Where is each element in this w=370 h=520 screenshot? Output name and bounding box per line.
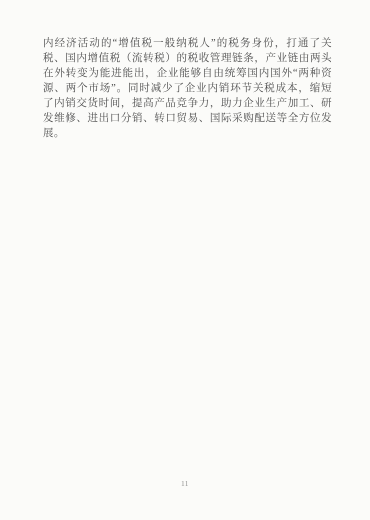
paragraph-line: 了内销交货时间，提高产品竞争力，助力企业生产加工、研: [43, 96, 332, 111]
body-paragraph: 内经济活动的“增值税一般纳税人”的税务身份，打通了关 税、国内增值税（流转税）的…: [43, 36, 332, 141]
paragraph-line: 在外转变为能进能出，企业能够自由统筹国内国外“两种资: [43, 66, 332, 81]
paragraph-line: 发维修、进出口分销、转口贸易、国际采购配送等全方位发: [43, 111, 332, 126]
paragraph-line: 源、两个市场”。同时减少了企业内销环节关税成本，缩短: [43, 81, 332, 96]
page-number: 11: [0, 480, 370, 489]
document-page: 内经济活动的“增值税一般纳税人”的税务身份，打通了关 税、国内增值税（流转税）的…: [0, 0, 370, 520]
paragraph-line: 税、国内增值税（流转税）的税收管理链条，产业链由两头: [43, 51, 332, 66]
paragraph-line: 内经济活动的“增值税一般纳税人”的税务身份，打通了关: [43, 36, 332, 51]
paragraph-line: 展。: [43, 126, 332, 141]
